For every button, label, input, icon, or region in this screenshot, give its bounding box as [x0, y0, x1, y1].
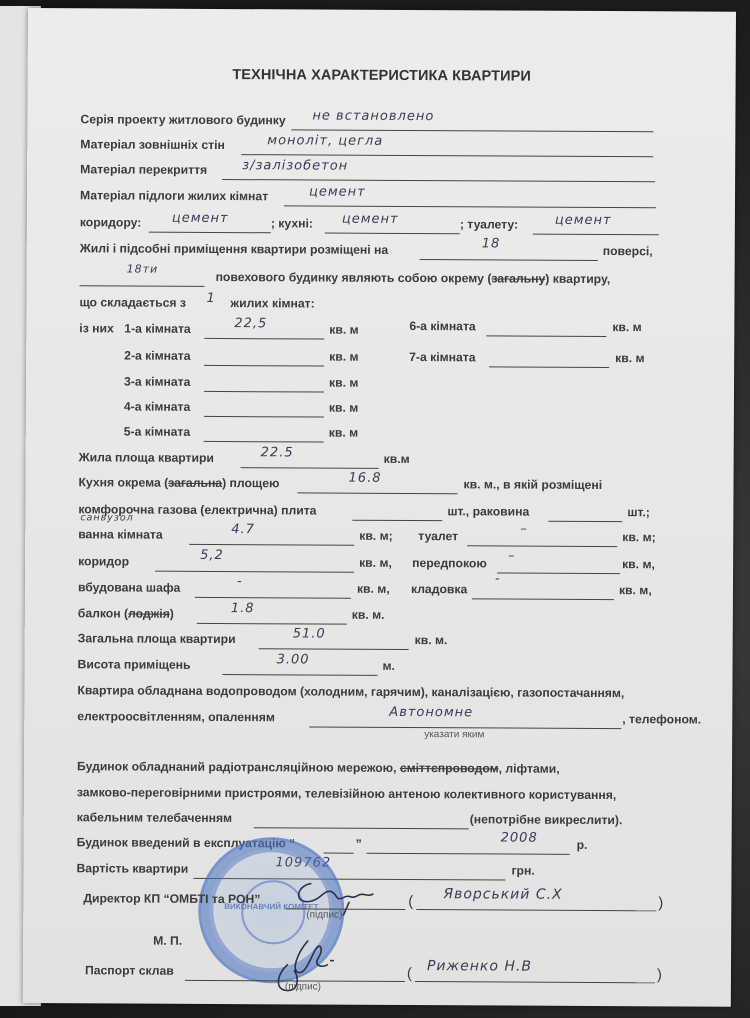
corridor-value: 5,2 [200, 548, 224, 563]
room-5-label: 5-а кімната [124, 425, 190, 439]
location-line2: повехового будинку являють собою окрему … [216, 270, 611, 286]
living-floor-label: Матеріал підлоги жилих кімнат [80, 188, 268, 203]
kitchen-label: Кухня окрема (загальна) площею [78, 475, 279, 490]
location-line1-suffix: поверсі, [603, 244, 653, 258]
living-area-value: 22.5 [261, 445, 294, 460]
room-3-label: 3-а кімната [124, 375, 190, 389]
rooms-intro: із них [79, 321, 114, 335]
corridor-line [155, 555, 354, 573]
kitchen-value: 16.8 [349, 471, 382, 486]
cost-label: Вартість квартири [76, 861, 188, 876]
balcony-label-post: ) [170, 607, 174, 621]
composer-name-open-paren: ( [407, 965, 412, 982]
struck-shared-kitchen: загальна [168, 476, 222, 490]
rooms-count-value: 1 [206, 291, 215, 306]
ceiling-height-value: 3.00 [277, 652, 310, 667]
room-1-label: 1-а кімната [124, 322, 190, 336]
kitchen-label-pre: Кухня окрема ( [78, 475, 168, 489]
sink-line [548, 505, 622, 522]
storage-unit: кв. м, [619, 583, 652, 597]
kitchen-floor-label: ; кухні: [271, 216, 313, 230]
balcony-line [197, 607, 347, 625]
director-name: Яворський С.Х [443, 886, 562, 903]
building-line1: Будинок обладнаний радіотрансляційною ме… [77, 759, 560, 776]
cable-tv-label: кабельним телебаченням [77, 810, 232, 825]
commissioned-quote: ” [356, 837, 362, 851]
floor-value: 18 [482, 236, 501, 251]
living-floor-value: цемент [309, 184, 366, 199]
rooms-count-label: що складається з [79, 295, 186, 310]
room-4-unit: кв. м [329, 401, 358, 415]
composer-label: Паспорт склав [85, 963, 174, 977]
balcony-label: балкон (лоджія) [78, 606, 174, 621]
hall-unit: кв. м, [622, 557, 655, 571]
room-7-unit: кв. м [615, 351, 644, 365]
building-line2: замково-переговірними пристроями, телеві… [77, 785, 616, 802]
building-line1-post: , ліфтами, [499, 761, 560, 775]
room-6-label: 6-а кімната [409, 319, 475, 333]
total-area-label: Загальна площа квартири [78, 631, 236, 646]
document-page: ТЕХНІЧНА ХАРАКТЕРИСТИКА КВАРТИРИ Серія п… [23, 8, 736, 1007]
toilet-floor-value: цемент [555, 213, 612, 228]
balcony-label-pre: балкон ( [78, 606, 128, 620]
storage-line [472, 582, 614, 600]
bathroom-annotation: санвузол [80, 512, 133, 523]
hall-label: передпокою [412, 556, 487, 570]
room-2-label: 2-а кімната [124, 349, 190, 363]
struck-garbage-chute: сміттєпроводом [400, 761, 499, 776]
commissioned-day-line [324, 837, 354, 854]
rooms-count-suffix: жилих кімнат: [230, 296, 314, 310]
room-5-unit: кв. м [329, 426, 358, 440]
sink-unit: шт.; [627, 505, 650, 519]
stove-unit: шт., раковина [447, 504, 529, 518]
commissioned-year: 2008 [501, 830, 538, 845]
composer-sign-hint: (підпис) [285, 981, 321, 992]
cable-tv-line [254, 811, 469, 829]
ceiling-height-label: Висота приміщень [78, 657, 191, 672]
bathroom-unit: кв. м; [359, 529, 393, 543]
bathroom-value: 4.7 [231, 522, 255, 537]
room-4-label: 4-а кімната [124, 400, 190, 414]
seal-label: М. П. [153, 934, 182, 948]
cost-unit: грн. [511, 864, 534, 878]
project-series-label: Серія проекту житлового будинку [80, 112, 285, 127]
wardrobe-label: вбудована шафа [78, 580, 180, 595]
toilet-unit: кв. м; [622, 530, 656, 544]
commissioned-suffix: р. [577, 838, 588, 852]
storage-label: кладовка [411, 582, 467, 596]
director-name-open-paren: ( [408, 893, 413, 910]
corridor-label: коридор [78, 554, 129, 568]
director-name-close-paren: ) [658, 894, 663, 911]
stove-line [352, 504, 442, 521]
project-series-value: не встановлено [312, 108, 434, 124]
room-2-line [204, 349, 324, 367]
wardrobe-value: - [237, 574, 243, 589]
exterior-walls-value: моноліт, цегла [267, 133, 383, 149]
room-6-line [486, 319, 606, 337]
toilet-label: туалет [418, 529, 458, 543]
total-area-value: 51.0 [293, 626, 326, 641]
ceilings-value: з/залізобетон [242, 158, 348, 174]
wardrobe-unit: кв. м, [357, 582, 390, 596]
location-line1-label: Жилі і підсобні приміщення квартири розм… [80, 241, 389, 257]
director-label: Директор КП “ОМБТІ та РОН” [83, 891, 260, 906]
ceiling-height-unit: м. [383, 659, 395, 673]
room-1-value: 22,5 [234, 316, 267, 331]
heating-value: Автономне [389, 705, 473, 720]
commissioned-month-line [367, 837, 570, 855]
floor-line [420, 243, 598, 261]
toilet-value: – [520, 522, 528, 537]
cable-tv-suffix: (непотрібне викреслити). [470, 812, 623, 827]
building-line1-pre: Будинок обладнаний радіотрансляційною ме… [77, 759, 397, 775]
toilet-line [467, 529, 617, 547]
total-area-line [259, 632, 409, 650]
composer-name-close-paren: ) [657, 966, 662, 983]
ceilings-label: Матеріал перекриття [80, 162, 207, 177]
exterior-walls-label: Матеріал зовнішніх стін [80, 137, 225, 152]
location-line2-text: повехового будинку являють собою окрему … [216, 270, 492, 285]
utilities-line2-label: електроосвітленням, опаленням [77, 709, 275, 724]
corridor-floor-value: цемент [172, 211, 229, 226]
total-area-unit: кв. м. [415, 633, 448, 647]
balcony-value: 1.8 [231, 601, 255, 616]
room-7-line [489, 350, 609, 368]
room-6-unit: кв. м [612, 320, 641, 334]
room-5-line [204, 425, 324, 443]
balcony-unit: кв. м. [352, 608, 385, 622]
kitchen-label-post: ) площею [222, 476, 279, 490]
utilities-line1: Квартира обладнана водопроводом (холодни… [77, 683, 624, 700]
toilet-floor-label: ; туалету: [460, 217, 518, 231]
room-4-line [204, 400, 324, 418]
director-sign-hint: (підпис) [306, 909, 342, 920]
wardrobe-line [195, 581, 351, 599]
corridor-floor-label: коридору: [80, 215, 142, 229]
kitchen-unit: кв. м., в якій розміщені [463, 477, 602, 492]
room-7-label: 7-а кімната [409, 350, 475, 364]
room-1-unit: кв. м [329, 323, 358, 337]
bathroom-line [189, 528, 354, 546]
hall-value: – [508, 549, 516, 564]
storage-value: - [495, 571, 501, 586]
room-3-unit: кв. м [329, 376, 358, 390]
location-line2-end: ) квартиру, [545, 272, 610, 286]
utilities-line2-suffix: , телефоном. [622, 712, 701, 726]
living-area-label: Жила площа квартири [79, 450, 214, 465]
kitchen-floor-value: цемент [342, 212, 399, 227]
storeys-value: 18ти [127, 263, 159, 276]
struck-shared: загальну [491, 271, 545, 285]
living-area-unit: кв.м [384, 452, 410, 466]
document-title: ТЕХНІЧНА ХАРАКТЕРИСТИКА КВАРТИРИ [28, 66, 736, 86]
bathroom-label: ванна кімната [78, 527, 162, 541]
room-2-unit: кв. м [329, 350, 358, 364]
heating-hint: указати яким [424, 729, 484, 740]
room-3-line [204, 375, 324, 393]
composer-name: Риженко Н.В [427, 958, 532, 975]
corridor-unit: кв. м, [359, 556, 392, 570]
struck-loggia: лоджія [128, 607, 170, 621]
